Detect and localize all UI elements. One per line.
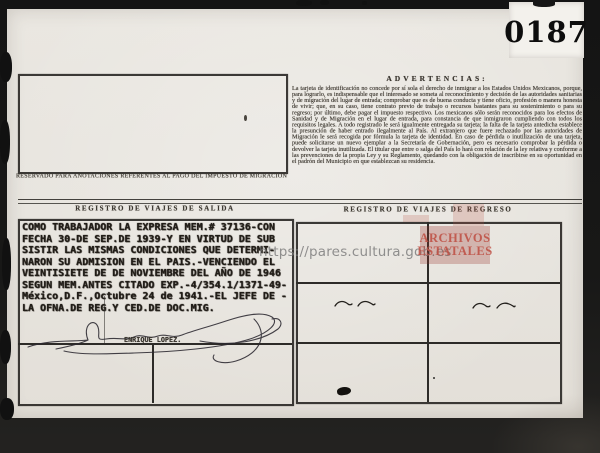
reserved-box-caption: RESERVADO PARA ANOTACIONES REFERENTES AL… — [16, 172, 290, 180]
scanned-document-viewer: 0187 RESERVADO PARA ANOTACIONES REFERENT… — [0, 0, 600, 453]
official-signature — [22, 295, 288, 367]
advertencias-title: ADVERTENCIAS: — [293, 75, 582, 84]
regreso-section-title: REGISTRO DE VIAJES DE REGRESO — [296, 206, 560, 215]
ink-speck — [433, 377, 435, 379]
scan-edge-mark — [0, 330, 11, 364]
migration-tax-annotations-box — [18, 74, 288, 174]
watermark-org-line2: ESTATALES — [417, 245, 492, 258]
archive-number: 0187 — [504, 15, 589, 49]
scan-edge-mark — [362, 1, 367, 5]
archive-number-tab: 0187 — [509, 2, 584, 58]
ink-speck — [244, 115, 247, 121]
scan-edge-mark — [0, 52, 12, 82]
scan-edge-mark — [320, 0, 329, 5]
pen-check-mark — [470, 298, 516, 314]
advertencias-body: La tarjeta de identificación no concede … — [292, 85, 583, 198]
regreso-row-rule — [296, 342, 560, 344]
section-divider-rule — [18, 199, 582, 204]
scan-edge-mark — [0, 398, 14, 420]
watermark-archivos-estatales: ARCHIVOS ESTATALES — [420, 226, 490, 264]
watermark-fragment — [453, 204, 484, 226]
scan-edge-mark — [533, 0, 555, 7]
watermark-fragment — [403, 215, 429, 222]
regreso-row-rule — [296, 282, 560, 284]
salida-section-title: REGISTRO DE VIAJES DE SALIDA — [18, 205, 292, 214]
scan-edge-mark — [0, 120, 10, 164]
signer-name: ENRIQUE LOPEZ. — [124, 336, 204, 344]
scan-edge-mark — [296, 0, 312, 6]
scan-edge-mark — [2, 238, 11, 290]
pen-check-mark — [332, 297, 376, 311]
